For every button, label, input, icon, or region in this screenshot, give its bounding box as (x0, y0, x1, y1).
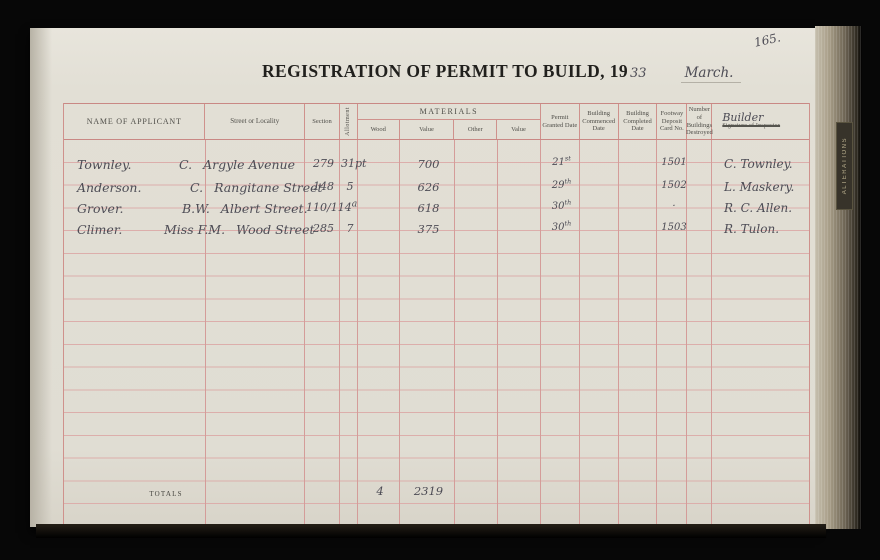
entry-section: 110/114a (306, 201, 341, 214)
header-materials-subrow: Wood Value Other Value (358, 120, 540, 139)
header-permit-granted-date: Permit Granted Date (541, 104, 580, 139)
header-building-completed-date: Building Completed Date (619, 104, 658, 139)
entry-street-name: Wood Street (236, 222, 314, 237)
title-year-handwritten: 33 (630, 66, 647, 81)
col-line-street (206, 140, 306, 526)
entry-footway-card-no: 1502 (659, 180, 689, 191)
entry-applicant-name: Anderson. (77, 180, 141, 195)
header-footway-deposit-card-no: Footway Deposit Card No. (657, 104, 687, 139)
entry-street-name: Albert Street. (221, 201, 308, 216)
entry-permit-date: 21st (542, 157, 581, 168)
ledger-page: 165. REGISTRATION OF PERMIT TO BUILD, 19… (30, 28, 815, 527)
entry-allotment: 31pt (341, 157, 359, 170)
book-page-edges (815, 26, 862, 529)
col-line-name (64, 140, 206, 526)
col-line-section (305, 140, 340, 526)
entry-initials: Miss F.M. (164, 222, 225, 237)
entry-permit-date: 29th (542, 180, 581, 191)
entry-permit-date: 30th (542, 222, 581, 233)
header-allotment: Allotment (340, 104, 358, 139)
header-materials-group: MATERIALS Wood Value Other Value (358, 104, 541, 139)
entry-street: C.Argyle Avenue (179, 157, 295, 172)
header-wood: Wood (358, 120, 400, 139)
entry-allotment: 7 (341, 222, 359, 235)
table-body: Townley. C.Argyle Avenue 279 31pt 700 21… (64, 140, 809, 526)
entry-permit-date: 30th (542, 201, 581, 212)
permit-register-table: NAME OF APPLICANT Street or Locality Sec… (63, 103, 810, 527)
header-name-of-applicant: NAME OF APPLICANT (64, 104, 205, 139)
entry-allotment: 5 (341, 180, 359, 193)
col-line-value1 (400, 140, 455, 526)
entry-section: 148 (306, 180, 341, 193)
totals-value-sum: 2319 (401, 484, 456, 498)
header-signature-of-inspector-struck: Signature of Inspector (722, 123, 780, 130)
header-section: Section (305, 104, 340, 139)
header-builder-handwritten: Builder (722, 113, 763, 123)
entry-builder: R. Tulon. (724, 222, 779, 236)
totals-label: TOTALS (124, 490, 208, 498)
col-line-footway (657, 140, 687, 526)
entry-section: 285 (306, 222, 341, 235)
col-line-destroyed (687, 140, 712, 526)
header-builder: Builder Signature of Inspector (712, 104, 809, 139)
column-rules (64, 140, 809, 526)
entry-value: 375 (401, 222, 456, 236)
alterations-tab-label: ALTERATIONS (842, 137, 848, 194)
entry-section: 279 (306, 157, 341, 170)
entry-street: B.W.Albert Street. (182, 201, 308, 216)
entry-street-name: Argyle Avenue (203, 157, 295, 172)
entry-street: C.Rangitane Street (190, 180, 323, 195)
col-line-builder (712, 140, 809, 526)
header-materials: MATERIALS (358, 104, 540, 120)
page-title: REGISTRATION OF PERMIT TO BUILD, 19 33 M… (262, 61, 741, 83)
header-building-commenced-date: Building Commenced Date (580, 104, 619, 139)
entry-value: 700 (401, 157, 456, 171)
header-street-or-locality: Street or Locality (205, 104, 305, 139)
entry-footway-card-no: · (659, 201, 689, 212)
table-header-row: NAME OF APPLICANT Street or Locality Sec… (64, 103, 809, 140)
entry-footway-card-no: 1501 (659, 157, 689, 168)
totals-wood-count: 4 (359, 484, 401, 498)
header-other: Other (454, 120, 497, 139)
entry-initials: C. (190, 180, 203, 195)
entry-builder: C. Townley. (724, 157, 793, 171)
entry-applicant-name: Townley. (77, 157, 131, 172)
entry-footway-card-no: 1503 (659, 222, 689, 233)
entry-value: 618 (401, 201, 456, 215)
col-line-completed (619, 140, 658, 526)
entry-initials: B.W. (182, 201, 210, 216)
entry-applicant-name: Climer. (77, 222, 122, 237)
page-number: 165. (753, 30, 782, 49)
title-month-handwritten: March. (681, 65, 742, 83)
entry-applicant-name: Grover. (77, 201, 124, 216)
header-value-2: Value (497, 120, 540, 139)
entry-initials: C. (179, 157, 192, 172)
col-line-value2 (498, 140, 541, 526)
header-number-of-buildings-destroyed: Number of Buildings Destroyed (687, 104, 712, 139)
header-value-1: Value (400, 120, 455, 139)
book-bottom-shadow (36, 524, 826, 538)
entry-builder: R. C. Allen. (724, 201, 792, 215)
col-line-permit (541, 140, 580, 526)
entry-street: Miss F.M.Wood Street (164, 222, 314, 237)
title-printed: REGISTRATION OF PERMIT TO BUILD, 19 (262, 61, 628, 82)
alterations-tab: ALTERATIONS (836, 122, 853, 210)
entry-value: 626 (401, 180, 456, 194)
col-line-other (455, 140, 498, 526)
entry-builder: L. Maskery. (724, 180, 794, 194)
col-line-wood (358, 140, 400, 526)
col-line-commenced (580, 140, 619, 526)
